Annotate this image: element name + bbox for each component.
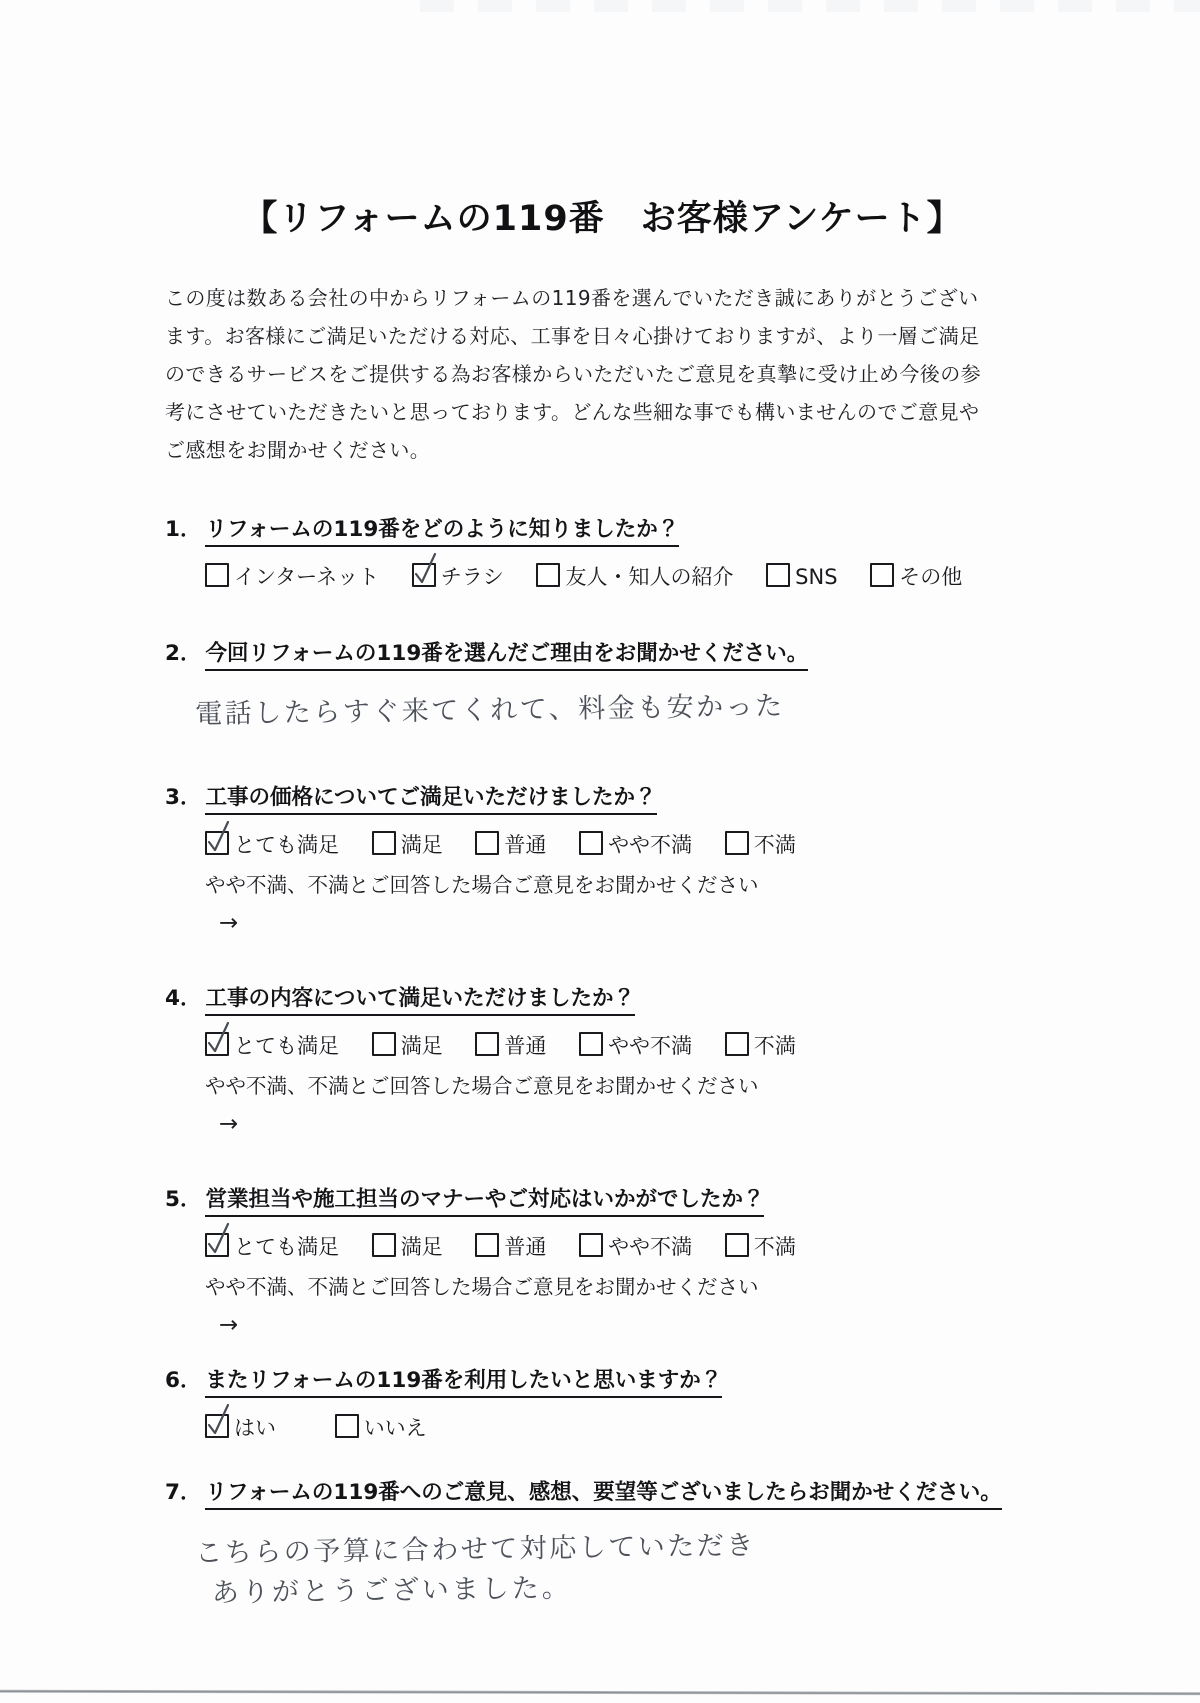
checkbox-unchecked [475,831,499,855]
question-5-title: 5．営業担当や施工担当のマナーやご対応はいかがでしたか？ [165,1185,1040,1215]
option-referral: 友人・知人の紹介 [536,561,733,591]
checkbox-checked [205,1233,229,1257]
question-text: 工事の内容について満足いただけましたか？ [205,986,635,1016]
checkbox-unchecked [766,563,790,587]
question-number: 7． [165,1480,201,1505]
option-chirashi: チラシ [412,561,504,591]
option-label: 普通 [504,1034,546,1058]
option-satisfied: 満足 [372,1030,443,1060]
option-label: いいえ [364,1416,427,1440]
option-somewhat-dissatisfied: やや不満 [579,1030,692,1060]
checkbox-unchecked [579,831,603,855]
question-1: 1．リフォームの119番をどのように知りましたか？ インターネット チラシ 友人… [165,515,1040,591]
question-number: 4． [165,986,201,1011]
question-number: 5． [165,1187,201,1212]
question-text: またリフォームの119番を利用したいと思いますか？ [205,1368,722,1398]
intro-line: のできるサービスをご提供する為お客様からいただいたご意見を真摯に受け止め今後の参 [165,355,1040,393]
question-3-options: とても満足 満足 普通 やや不満 不満 [205,829,1040,859]
option-label: 普通 [504,1235,546,1259]
followup-note: やや不満、不満とご回答した場合ご意見をお聞かせください [205,1273,1040,1302]
option-label: 友人・知人の紹介 [565,565,733,589]
option-dissatisfied: 不満 [725,829,796,859]
intro-line: ます。お客様にご満足いただける対応、工事を日々心掛けておりますが、より一層ご満足 [165,317,1040,355]
option-neutral: 普通 [475,1231,546,1261]
option-very-satisfied: とても満足 [205,1030,339,1060]
intro-line: この度は数ある会社の中からリフォームの119番を選んでいただき誠にありがとうござ… [165,279,1040,317]
checkbox-unchecked [372,831,396,855]
checkbox-unchecked [205,563,229,587]
question-3: 3．工事の価格についてご満足いただけましたか？ とても満足 満足 普通 やや不満… [165,783,1040,936]
option-sns: SNS [766,563,837,589]
checkbox-unchecked [536,563,560,587]
option-label: チラシ [441,565,504,589]
option-very-satisfied: とても満足 [205,1231,339,1261]
question-number: 1． [165,517,201,542]
option-dissatisfied: 不満 [725,1030,796,1060]
checkbox-unchecked [372,1233,396,1257]
question-text: 営業担当や施工担当のマナーやご対応はいかがでしたか？ [205,1187,764,1217]
intro-line: 考にさせていただきたいと思っております。どんな些細な事でも構いませんのでご意見や [165,393,1040,431]
question-text: リフォームの119番をどのように知りましたか？ [205,517,679,547]
option-satisfied: 満足 [372,1231,443,1261]
arrow-blank-line: → [219,910,1040,936]
option-somewhat-dissatisfied: やや不満 [579,1231,692,1261]
question-4-options: とても満足 満足 普通 やや不満 不満 [205,1030,1040,1060]
checkbox-checked [412,563,436,587]
option-label: やや不満 [608,833,692,857]
question-number: 3． [165,785,201,810]
question-2: 2．今回リフォームの119番を選んだご理由をお聞かせください。 電話したらすぐ来… [165,639,1040,735]
question-number: 6． [165,1368,201,1393]
option-neutral: 普通 [475,1030,546,1060]
option-no: いいえ [335,1412,427,1442]
checkbox-checked [205,831,229,855]
followup-note: やや不満、不満とご回答した場合ご意見をお聞かせください [205,1072,1040,1101]
checkmark-icon [204,819,230,855]
question-1-title: 1．リフォームの119番をどのように知りましたか？ [165,515,1040,545]
question-text: 今回リフォームの119番を選んだご理由をお聞かせください。 [205,641,808,671]
option-label: 満足 [401,1235,443,1259]
option-label: やや不満 [608,1034,692,1058]
option-label: とても満足 [234,1235,339,1259]
question-7-title: 7．リフォームの119番へのご意見、感想、要望等ございましたらお聞かせください。 [165,1478,1040,1508]
option-somewhat-dissatisfied: やや不満 [579,829,692,859]
intro-paragraph: この度は数ある会社の中からリフォームの119番を選んでいただき誠にありがとうござ… [165,279,1040,469]
survey-page: 【リフォームの119番 お客様アンケート】 この度は数ある会社の中からリフォーム… [0,0,1200,1703]
option-other: その他 [870,561,962,591]
checkbox-unchecked [725,1233,749,1257]
option-label: やや不満 [608,1235,692,1259]
option-satisfied: 満足 [372,829,443,859]
scan-artifact-top [420,0,1200,12]
handwritten-line: こちらの予算に合わせて対応していただき [195,1530,756,1569]
handwritten-line: ありがとうございました。 [212,1562,1041,1614]
question-number: 2． [165,641,201,666]
question-6-options: はい いいえ [205,1412,1040,1442]
handwritten-answer: こちらの予算に合わせて対応していただき ありがとうございました。 [195,1522,1041,1614]
question-5-options: とても満足 満足 普通 やや不満 不満 [205,1231,1040,1261]
page-title: 【リフォームの119番 お客様アンケート】 [165,195,1040,243]
option-yes: はい [205,1412,276,1442]
arrow-blank-line: → [219,1111,1040,1137]
option-label: 満足 [401,833,443,857]
checkbox-unchecked [725,1032,749,1056]
followup-note: やや不満、不満とご回答した場合ご意見をお聞かせください [205,871,1040,900]
question-text: リフォームの119番へのご意見、感想、要望等ございましたらお聞かせください。 [205,1480,1001,1510]
option-label: 不満 [754,833,796,857]
option-label: 普通 [504,833,546,857]
arrow-blank-line: → [219,1312,1040,1338]
option-internet: インターネット [205,561,379,591]
checkbox-unchecked [579,1032,603,1056]
question-1-options: インターネット チラシ 友人・知人の紹介 SNS その他 [205,561,1040,591]
checkbox-unchecked [335,1414,359,1438]
question-text: 工事の価格についてご満足いただけましたか？ [205,785,656,815]
checkmark-icon [204,1402,230,1438]
checkbox-unchecked [475,1233,499,1257]
checkbox-checked [205,1414,229,1438]
scan-artifact-bottom [0,1690,1200,1696]
option-label: とても満足 [234,833,339,857]
handwritten-answer: 電話したらすぐ来てくれて、料金も安かった [195,683,1040,735]
checkmark-icon [411,551,437,587]
question-5: 5．営業担当や施工担当のマナーやご対応はいかがでしたか？ とても満足 満足 普通… [165,1185,1040,1338]
checkmark-icon [204,1020,230,1056]
option-label: とても満足 [234,1034,339,1058]
checkbox-unchecked [725,831,749,855]
question-7: 7．リフォームの119番へのご意見、感想、要望等ございましたらお聞かせください。… [165,1478,1040,1614]
checkmark-icon [204,1221,230,1257]
question-2-title: 2．今回リフォームの119番を選んだご理由をお聞かせください。 [165,639,1040,669]
checkbox-unchecked [372,1032,396,1056]
question-4: 4．工事の内容について満足いただけましたか？ とても満足 満足 普通 やや不満 … [165,984,1040,1137]
option-neutral: 普通 [475,829,546,859]
question-6: 6．またリフォームの119番を利用したいと思いますか？ はい いいえ [165,1366,1040,1442]
option-label: 不満 [754,1235,796,1259]
option-very-satisfied: とても満足 [205,829,339,859]
checkbox-unchecked [475,1032,499,1056]
option-label: 不満 [754,1034,796,1058]
question-4-title: 4．工事の内容について満足いただけましたか？ [165,984,1040,1014]
option-label: その他 [899,565,962,589]
checkbox-unchecked [579,1233,603,1257]
checkbox-checked [205,1032,229,1056]
question-3-title: 3．工事の価格についてご満足いただけましたか？ [165,783,1040,813]
option-label: インターネット [234,565,379,589]
intro-line: ご感想をお聞かせください。 [165,431,1040,469]
option-label: はい [234,1416,276,1440]
option-label: 満足 [401,1034,443,1058]
option-dissatisfied: 不満 [725,1231,796,1261]
question-6-title: 6．またリフォームの119番を利用したいと思いますか？ [165,1366,1040,1396]
checkbox-unchecked [870,563,894,587]
option-label: SNS [795,565,837,589]
